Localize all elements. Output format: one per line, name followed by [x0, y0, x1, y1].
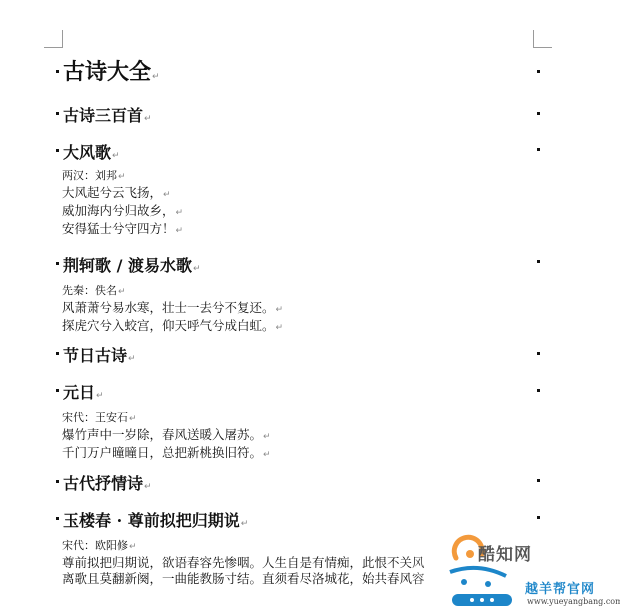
paragraph-mark-icon: ↵	[241, 519, 249, 529]
poem-body[interactable]: 宋代：欧阳修↵ 尊前拟把归期说，欲语春容先惨咽。人生自是有情痴，此恨不关风 离歌…	[62, 538, 425, 587]
section-heading[interactable]: 节日古诗 ↵	[56, 343, 136, 366]
paragraph-marker-icon	[537, 389, 540, 392]
paragraph-marker-icon	[537, 112, 540, 115]
poem-line: 探虎穴兮入蛟宫，仰天呼气兮成白虹。↵	[62, 318, 283, 336]
paragraph-mark-icon: ↵	[193, 264, 201, 274]
list-bullet-icon	[56, 112, 59, 115]
poem-author: 宋代：欧阳修↵	[62, 538, 425, 555]
paragraph-marker-icon	[537, 260, 540, 263]
section-heading[interactable]: 古代抒情诗 ↵	[56, 471, 152, 494]
poem-body[interactable]: 两汉：刘邦↵ 大风起兮云飞扬，↵ 威加海内兮归故乡，↵ 安得猛士兮守四方！↵	[62, 168, 183, 239]
watermark-subtitle: 越羊帮官网	[525, 578, 595, 597]
poem-title[interactable]: 大风歌 ↵	[56, 140, 120, 163]
poem-author: 先秦：佚名↵	[62, 283, 283, 300]
poem-line: 大风起兮云飞扬，↵	[62, 185, 183, 203]
poem-line: 威加海内兮归故乡，↵	[62, 203, 183, 221]
poem-line: 尊前拟把归期说，欲语春容先惨咽。人生自是有情痴，此恨不关风	[62, 555, 425, 571]
watermark-url: www.yueyangbang.com	[527, 597, 620, 606]
paragraph-marker-icon	[537, 148, 540, 151]
list-bullet-icon	[56, 389, 59, 392]
list-bullet-icon	[56, 262, 59, 265]
paragraph-mark-icon: ↵	[152, 72, 160, 82]
poem-line: 风萧萧兮易水寒，壮士一去兮不复还。↵	[62, 300, 283, 318]
paragraph-mark-icon: ↵	[144, 482, 152, 492]
crop-mark-top-left	[44, 30, 63, 48]
paragraph-mark-icon: ↵	[128, 354, 136, 364]
list-bullet-icon	[56, 149, 59, 152]
document-title[interactable]: 古诗大全 ↵	[56, 55, 160, 86]
paragraph-mark-icon: ↵	[144, 114, 152, 124]
poem-body[interactable]: 宋代：王安石↵ 爆竹声中一岁除，春风送暖入屠苏。↵ 千门万户曈曈日，总把新桃换旧…	[62, 410, 271, 463]
paragraph-marker-icon	[537, 352, 540, 355]
paragraph-marker-icon	[537, 516, 540, 519]
list-bullet-icon	[56, 517, 59, 520]
poem-author: 宋代：王安石↵	[62, 410, 271, 427]
poem-title[interactable]: 玉楼春 · 尊前拟把归期说 ↵	[56, 508, 248, 531]
list-bullet-icon	[56, 480, 59, 483]
watermark-title: 酷知网	[478, 540, 532, 565]
poem-title[interactable]: 元日 ↵	[56, 380, 104, 403]
list-bullet-icon	[56, 352, 59, 355]
crop-mark-top-right	[533, 30, 552, 48]
paragraph-marker-icon	[537, 479, 540, 482]
section-heading[interactable]: 古诗三百首 ↵	[56, 103, 152, 126]
poem-line: 安得猛士兮守四方！↵	[62, 221, 183, 239]
poem-line: 千门万户曈曈日，总把新桃换旧符。↵	[62, 445, 271, 463]
paragraph-mark-icon: ↵	[96, 391, 104, 401]
poem-line: 离歌且莫翻新阕，一曲能教肠寸结。直须看尽洛城花，始共春风容	[62, 571, 425, 587]
poem-line: 爆竹声中一岁除，春风送暖入屠苏。↵	[62, 427, 271, 445]
poem-title[interactable]: 荆轲歌 / 渡易水歌 ↵	[56, 253, 201, 276]
paragraph-mark-icon: ↵	[112, 151, 120, 161]
poem-body[interactable]: 先秦：佚名↵ 风萧萧兮易水寒，壮士一去兮不复还。↵ 探虎穴兮入蛟宫，仰天呼气兮成…	[62, 283, 283, 336]
paragraph-marker-icon	[537, 70, 540, 73]
list-bullet-icon	[56, 70, 59, 73]
poem-author: 两汉：刘邦↵	[62, 168, 183, 185]
